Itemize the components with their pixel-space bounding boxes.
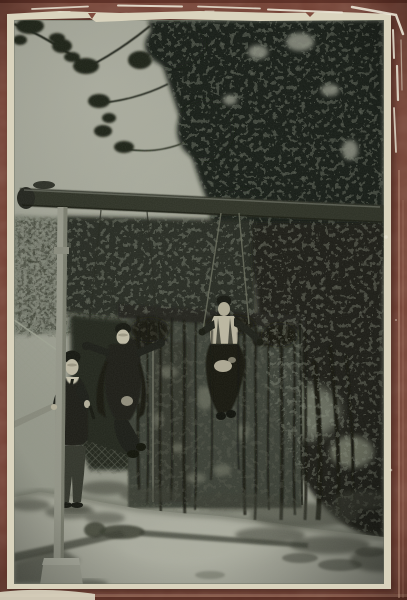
photo-image — [10, 18, 407, 589]
screenshot-root — [0, 0, 407, 600]
photo-vignette — [14, 20, 384, 584]
photograph — [7, 11, 407, 589]
